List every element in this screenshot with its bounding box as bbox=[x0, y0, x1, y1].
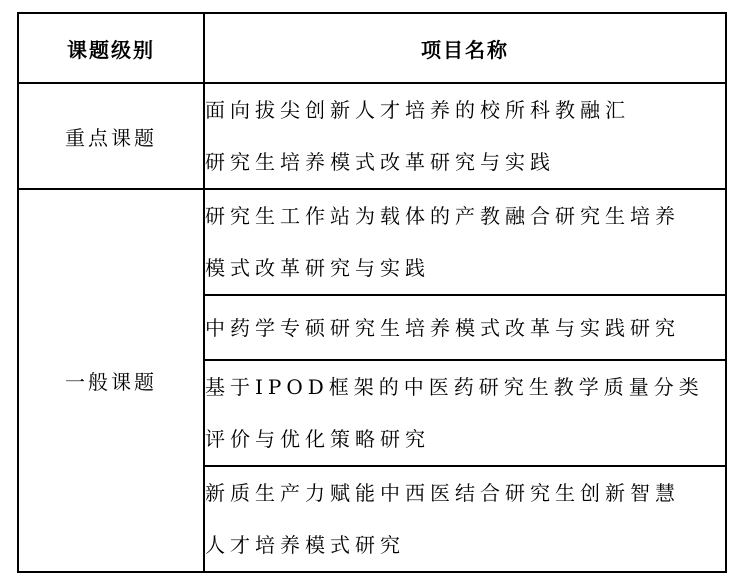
project-cell: 研究生工作站为载体的产教融合研究生培养 模式改革研究与实践 bbox=[204, 189, 726, 295]
project-line: 新质生产力赋能中西医结合研究生创新智慧 bbox=[205, 467, 725, 519]
project-line: 研究生培养模式改革研究与实践 bbox=[205, 136, 725, 188]
header-level: 课题级别 bbox=[18, 13, 204, 83]
project-cell: 中药学专硕研究生培养模式改革与实践研究 bbox=[204, 295, 726, 360]
project-line: 模式改革研究与实践 bbox=[205, 242, 725, 294]
project-line: 中药学专硕研究生培养模式改革与实践研究 bbox=[205, 302, 725, 354]
project-cell: 基于IPOD框架的中医药研究生教学质量分类 评价与优化策略研究 bbox=[204, 360, 726, 466]
table-row: 重点课题 面向拔尖创新人才培养的校所科教融汇 研究生培养模式改革研究与实践 bbox=[18, 83, 726, 189]
project-table: 课题级别 项目名称 重点课题 面向拔尖创新人才培养的校所科教融汇 研究生培养模式… bbox=[17, 12, 727, 573]
project-line: 人才培养模式研究 bbox=[205, 519, 725, 571]
level-cell-key: 重点课题 bbox=[18, 83, 204, 189]
project-cell: 面向拔尖创新人才培养的校所科教融汇 研究生培养模式改革研究与实践 bbox=[204, 83, 726, 189]
project-line: 研究生工作站为载体的产教融合研究生培养 bbox=[205, 190, 725, 242]
project-line: 面向拔尖创新人才培养的校所科教融汇 bbox=[205, 84, 725, 136]
level-cell-general: 一般课题 bbox=[18, 189, 204, 572]
project-line: 评价与优化策略研究 bbox=[205, 413, 725, 465]
table-row: 一般课题 研究生工作站为载体的产教融合研究生培养 模式改革研究与实践 bbox=[18, 189, 726, 295]
project-line: 基于IPOD框架的中医药研究生教学质量分类 bbox=[205, 361, 725, 413]
header-project-name: 项目名称 bbox=[204, 13, 726, 83]
header-row: 课题级别 项目名称 bbox=[18, 13, 726, 83]
project-cell: 新质生产力赋能中西医结合研究生创新智慧 人才培养模式研究 bbox=[204, 466, 726, 572]
